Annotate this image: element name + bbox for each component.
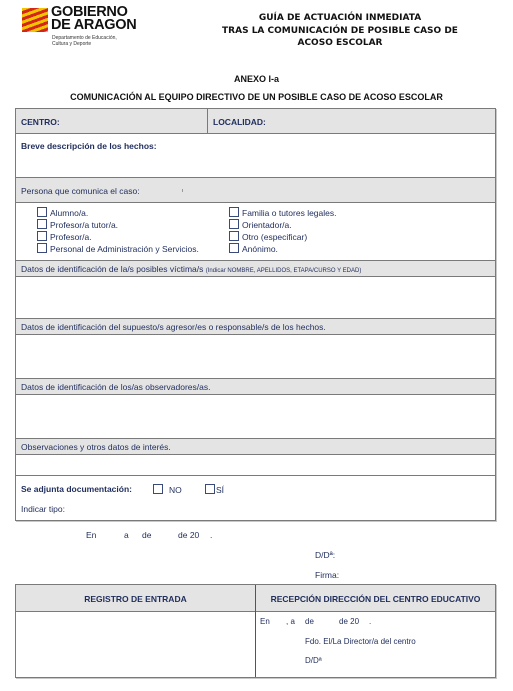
option-label: Profesor/a.: [50, 232, 92, 242]
checkbox-icon[interactable]: [37, 219, 47, 229]
victima-label-text: Datos de identificación de la/s posibles…: [21, 264, 203, 274]
checkbox-icon[interactable]: [37, 243, 47, 253]
annex-label: ANEXO I-a: [0, 74, 513, 84]
adjunta-label: Se adjunta documentación:: [21, 484, 132, 494]
signer-name-label: D/Dª:: [315, 550, 335, 560]
checkbox-icon[interactable]: [153, 484, 163, 494]
checkbox-icon[interactable]: [229, 243, 239, 253]
option-label: Orientador/a.: [242, 220, 292, 230]
option-personal-pas[interactable]: Personal de Administración y Servicios.: [37, 243, 199, 254]
recepcion-direccion-header: RECEPCIÓN DIRECCIÓN DEL CENTRO EDUCATIVO: [256, 594, 495, 604]
adjunta-no-option[interactable]: NO: [153, 484, 182, 495]
registry-table: REGISTRO DE ENTRADA RECEPCIÓN DIRECCIÓN …: [15, 584, 496, 678]
date-a: a: [124, 530, 129, 540]
breve-descripcion-label: Breve descripción de los hechos:: [21, 141, 157, 151]
option-label: Anónimo.: [242, 244, 278, 254]
guide-title-line1: GUÍA DE ACTUACIÓN INMEDIATA: [210, 12, 470, 25]
communication-form: CENTRO: LOCALIDAD: Breve descripción de …: [15, 108, 496, 521]
victima-header: Datos de identificación de la/s posibles…: [16, 261, 495, 277]
option-orientador[interactable]: Orientador/a.: [229, 219, 292, 230]
observadores-field[interactable]: [16, 395, 495, 439]
checkbox-icon[interactable]: [37, 231, 47, 241]
recepcion-dot: .: [369, 617, 371, 626]
guide-title: GUÍA DE ACTUACIÓN INMEDIATA TRAS LA COMU…: [210, 12, 470, 50]
victima-field[interactable]: [16, 277, 495, 319]
persona-comunica-label: Persona que comunica el caso:: [21, 186, 140, 196]
tick-mark: [182, 189, 183, 192]
adjunta-si-option[interactable]: SÍ: [205, 484, 224, 495]
logo-title: GOBIERNO DE ARAGON: [51, 6, 136, 32]
victima-label: Datos de identificación de la/s posibles…: [21, 264, 361, 274]
date-de: de: [142, 530, 151, 540]
recepcion-en: En: [260, 617, 270, 626]
persona-options: Alumno/a. Profesor/a tutor/a. Profesor/a…: [16, 203, 495, 261]
option-alumno[interactable]: Alumno/a.: [37, 207, 88, 218]
checkbox-icon[interactable]: [229, 231, 239, 241]
checkbox-icon[interactable]: [229, 207, 239, 217]
observaciones-field[interactable]: [16, 455, 495, 476]
adjunta-no-label: NO: [169, 485, 182, 495]
adjunta-documentacion-row: Se adjunta documentación: NO SÍ Indicar …: [16, 476, 495, 521]
guide-title-line2: TRAS LA COMUNICACIÓN DE POSIBLE CASO DE: [210, 25, 470, 38]
director-name-label: D/Dª: [305, 656, 322, 665]
gobierno-aragon-logo: GOBIERNO DE ARAGON Departamento de Educa…: [22, 6, 140, 52]
registro-entrada-header: REGISTRO DE ENTRADA: [16, 594, 255, 604]
checkbox-icon[interactable]: [205, 484, 215, 494]
option-anonimo[interactable]: Anónimo.: [229, 243, 278, 254]
option-profesor-tutor[interactable]: Profesor/a tutor/a.: [37, 219, 118, 230]
option-label: Profesor/a tutor/a.: [50, 220, 118, 230]
checkbox-icon[interactable]: [37, 207, 47, 217]
page-title: COMUNICACIÓN AL EQUIPO DIRECTIVO DE UN P…: [0, 92, 513, 102]
centro-localidad-row: CENTRO: LOCALIDAD:: [16, 109, 495, 134]
agresor-header: Datos de identificación del supuesto/s a…: [16, 319, 495, 335]
localidad-field[interactable]: LOCALIDAD:: [208, 109, 495, 133]
breve-descripcion-field[interactable]: Breve descripción de los hechos:: [16, 134, 495, 178]
agresor-field[interactable]: [16, 335, 495, 379]
option-profesor[interactable]: Profesor/a.: [37, 231, 92, 242]
checkbox-icon[interactable]: [229, 219, 239, 229]
guide-title-line3: ACOSO ESCOLAR: [210, 37, 470, 50]
column-divider: [255, 585, 256, 677]
centro-field[interactable]: CENTRO:: [16, 109, 208, 133]
aragon-flag-icon: [22, 8, 48, 32]
persona-comunica-row: Persona que comunica el caso:: [16, 178, 495, 203]
centro-label: CENTRO:: [21, 117, 60, 127]
logo-title-line2: DE ARAGON: [51, 19, 136, 32]
recepcion-de20: de 20: [339, 617, 359, 626]
agresor-label: Datos de identificación del supuesto/s a…: [21, 322, 326, 332]
option-label: Familia o tutores legales.: [242, 208, 337, 218]
logo-subtitle: Departamento de Educación, Cultura y Dep…: [52, 35, 117, 47]
victima-note: (Indicar NOMBRE, APELLIDOS, ETAPA/CURSO …: [206, 268, 362, 274]
date-de20: de 20: [178, 530, 199, 540]
director-signature-label: Fdo. El/La Director/a del centro: [305, 637, 416, 646]
option-familia[interactable]: Familia o tutores legales.: [229, 207, 337, 218]
observadores-header: Datos de identificación de los/as observ…: [16, 379, 495, 395]
option-label: Otro (especificar): [242, 232, 307, 242]
date-dot: .: [210, 530, 212, 540]
observadores-label: Datos de identificación de los/as observ…: [21, 382, 210, 392]
logo-subtitle-line2: Cultura y Deporte: [52, 41, 117, 47]
date-en: En: [86, 530, 96, 540]
recepcion-a: , a: [286, 617, 295, 626]
localidad-label: LOCALIDAD:: [213, 117, 266, 127]
observaciones-header: Observaciones y otros datos de interés.: [16, 439, 495, 455]
recepcion-de: de: [305, 617, 314, 626]
adjunta-si-label: SÍ: [216, 485, 224, 495]
option-otro[interactable]: Otro (especificar): [229, 231, 307, 242]
observaciones-label: Observaciones y otros datos de interés.: [21, 442, 171, 452]
option-label: Personal de Administración y Servicios.: [50, 244, 199, 254]
indicar-tipo-field[interactable]: Indicar tipo:: [21, 504, 65, 514]
signature-label: Firma:: [315, 570, 339, 580]
option-label: Alumno/a.: [50, 208, 88, 218]
